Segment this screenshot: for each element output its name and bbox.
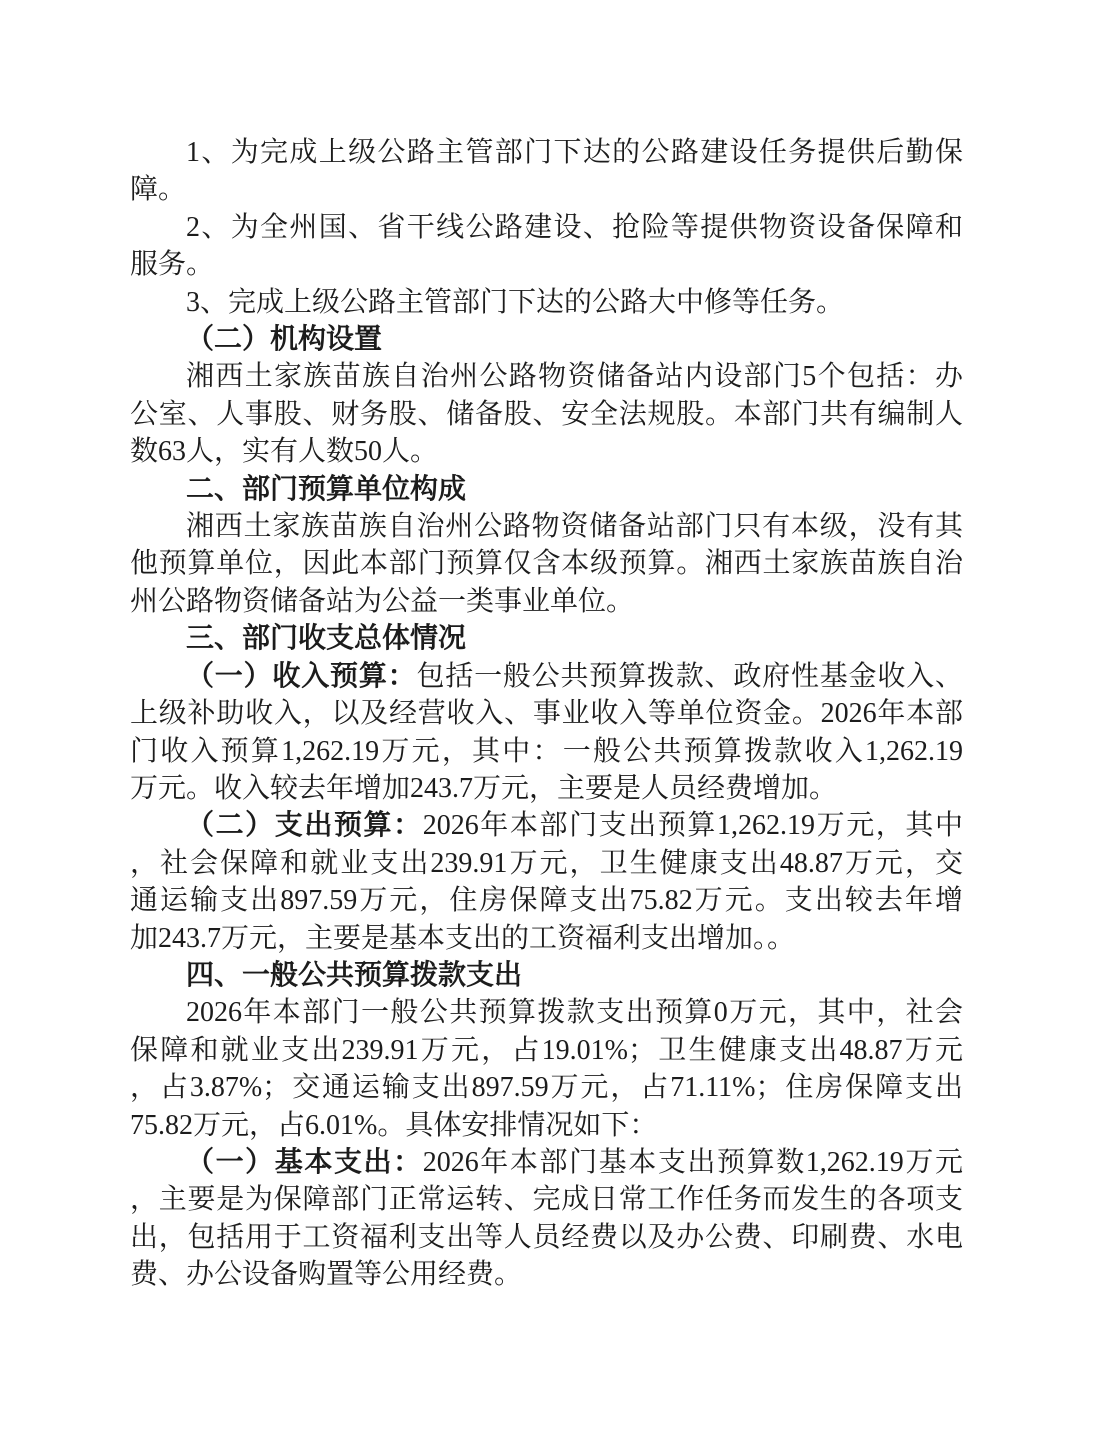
- text-run: 3、完成上级公路主管部门下达的公路大中修等任务。: [186, 287, 844, 318]
- text-line: 服务。: [130, 246, 963, 283]
- text-line: 万元。收入较去年增加243.7万元，主要是人员经费增加。: [130, 770, 963, 807]
- text-line: （二）支出预算：2026年本部门支出预算1,262.19万元，其中: [130, 807, 963, 844]
- text-run: 2026年本部门基本支出预算数1,262.19万元: [423, 1147, 963, 1178]
- text-run: 出，包括用于工资福利支出等人员经费以及办公费、印刷费、水电: [130, 1222, 963, 1253]
- text-line: 他预算单位，因此本部门预算仅含本级预算。湘西土家族苗族自治: [130, 545, 963, 582]
- paragraph-task-item-1: 1、为完成上级公路主管部门下达的公路建设任务提供后勤保障。: [130, 134, 963, 209]
- text-line: ，主要是为保障部门正常运转、完成日常工作任务而发生的各项支: [130, 1181, 963, 1218]
- text-line: 75.82万元，占6.01%。具体安排情况如下：: [130, 1107, 963, 1144]
- text-line: （一）收入预算：包括一般公共预算拨款、政府性基金收入、: [130, 658, 963, 695]
- document-body: 1、为完成上级公路主管部门下达的公路建设任务提供后勤保障。2、为全州国、省干线公…: [130, 134, 963, 1294]
- text-run: 加243.7万元，主要是基本支出的工资福利支出增加。。: [130, 923, 795, 954]
- text-line: 障。: [130, 171, 963, 208]
- text-line: 三、部门收支总体情况: [130, 620, 963, 657]
- text-run: 湘西土家族苗族自治州公路物资储备站部门只有本级，没有其: [186, 511, 963, 542]
- text-line: ，社会保障和就业支出239.91万元，卫生健康支出48.87万元，交: [130, 845, 963, 882]
- text-run: 2026年本部门一般公共预算拨款支出预算0万元，其中，社会: [186, 997, 963, 1028]
- bold-text-run: （二）支出预算：: [186, 810, 423, 841]
- text-line: 保障和就业支出239.91万元，占19.01%；卫生健康支出48.87万元: [130, 1032, 963, 1069]
- text-line: 公室、人事股、财务股、储备股、安全法规股。本部门共有编制人: [130, 396, 963, 433]
- text-line: 四、一般公共预算拨款支出: [130, 957, 963, 994]
- section-heading-heading-revenue-expenditure-overview: 三、部门收支总体情况: [130, 620, 963, 657]
- text-run: （二）机构设置: [186, 324, 382, 355]
- text-line: 湘西土家族苗族自治州公路物资储备站内设部门5个包括：办: [130, 358, 963, 395]
- text-run: 75.82万元，占6.01%。具体安排情况如下：: [130, 1110, 657, 1141]
- text-run: 1、为完成上级公路主管部门下达的公路建设任务提供后勤保: [186, 137, 963, 168]
- text-line: 二、部门预算单位构成: [130, 471, 963, 508]
- paragraph-task-item-2: 2、为全州国、省干线公路建设、抢险等提供物资设备保障和服务。: [130, 209, 963, 284]
- text-run: ，占3.87%；交通运输支出897.59万元，占71.11%；住房保障支出: [130, 1072, 963, 1103]
- text-line: 通运输支出897.59万元，住房保障支出75.82万元。支出较去年增: [130, 882, 963, 919]
- section-heading-heading-organization-setup: （二）机构设置: [130, 321, 963, 358]
- text-line: 3、完成上级公路主管部门下达的公路大中修等任务。: [130, 284, 963, 321]
- text-run: ，社会保障和就业支出239.91万元，卫生健康支出48.87万元，交: [130, 848, 963, 879]
- text-run: 州公路物资储备站为公益一类事业单位。: [130, 586, 634, 617]
- text-line: 1、为完成上级公路主管部门下达的公路建设任务提供后勤保: [130, 134, 963, 171]
- text-run: 2026年本部门支出预算1,262.19万元，其中: [423, 810, 963, 841]
- text-run: 包括一般公共预算拨款、政府性基金收入、: [416, 661, 963, 692]
- text-run: 数63人，实有人数50人。: [130, 436, 438, 467]
- text-line: 门收入预算1,262.19万元，其中：一般公共预算拨款收入1,262.19: [130, 733, 963, 770]
- paragraph-basic-expenditure-paragraph: （一）基本支出：2026年本部门基本支出预算数1,262.19万元，主要是为保障…: [130, 1144, 963, 1294]
- text-run: 四、一般公共预算拨款支出: [186, 960, 522, 991]
- text-run: 上级补助收入，以及经营收入、事业收入等单位资金。2026年本部: [130, 698, 963, 729]
- paragraph-task-item-3: 3、完成上级公路主管部门下达的公路大中修等任务。: [130, 284, 963, 321]
- text-run: 公室、人事股、财务股、储备股、安全法规股。本部门共有编制人: [130, 399, 963, 430]
- text-run: 万元。收入较去年增加243.7万元，主要是人员经费增加。: [130, 773, 837, 804]
- text-line: 2026年本部门一般公共预算拨款支出预算0万元，其中，社会: [130, 994, 963, 1031]
- text-run: 保障和就业支出239.91万元，占19.01%；卫生健康支出48.87万元: [130, 1035, 963, 1066]
- text-run: 障。: [130, 174, 186, 205]
- section-heading-heading-general-public-budget-expenditure: 四、一般公共预算拨款支出: [130, 957, 963, 994]
- text-line: 费、办公设备购置等公用经费。: [130, 1256, 963, 1293]
- section-heading-heading-budget-unit-composition: 二、部门预算单位构成: [130, 471, 963, 508]
- text-run: 费、办公设备购置等公用经费。: [130, 1259, 522, 1290]
- text-run: 三、部门收支总体情况: [186, 623, 466, 654]
- text-run: 通运输支出897.59万元，住房保障支出75.82万元。支出较去年增: [130, 885, 963, 916]
- text-line: ，占3.87%；交通运输支出897.59万元，占71.11%；住房保障支出: [130, 1069, 963, 1106]
- text-line: 数63人，实有人数50人。: [130, 433, 963, 470]
- text-line: 加243.7万元，主要是基本支出的工资福利支出增加。。: [130, 920, 963, 957]
- text-line: 2、为全州国、省干线公路建设、抢险等提供物资设备保障和: [130, 209, 963, 246]
- document-page: 1、为完成上级公路主管部门下达的公路建设任务提供后勤保障。2、为全州国、省干线公…: [0, 0, 1105, 1430]
- bold-text-run: （一）收入预算：: [186, 661, 416, 692]
- text-line: （一）基本支出：2026年本部门基本支出预算数1,262.19万元: [130, 1144, 963, 1181]
- text-line: 州公路物资储备站为公益一类事业单位。: [130, 583, 963, 620]
- text-run: 他预算单位，因此本部门预算仅含本级预算。湘西土家族苗族自治: [130, 548, 963, 579]
- paragraph-organization-setup-paragraph: 湘西土家族苗族自治州公路物资储备站内设部门5个包括：办公室、人事股、财务股、储备…: [130, 358, 963, 470]
- paragraph-expenditure-budget-paragraph: （二）支出预算：2026年本部门支出预算1,262.19万元，其中，社会保障和就…: [130, 807, 963, 957]
- text-line: 出，包括用于工资福利支出等人员经费以及办公费、印刷费、水电: [130, 1219, 963, 1256]
- text-run: 湘西土家族苗族自治州公路物资储备站内设部门5个包括：办: [186, 361, 963, 392]
- text-line: （二）机构设置: [130, 321, 963, 358]
- text-run: 服务。: [130, 249, 214, 280]
- text-line: 上级补助收入，以及经营收入、事业收入等单位资金。2026年本部: [130, 695, 963, 732]
- paragraph-revenue-budget-paragraph: （一）收入预算：包括一般公共预算拨款、政府性基金收入、上级补助收入，以及经营收入…: [130, 658, 963, 808]
- text-run: ，主要是为保障部门正常运转、完成日常工作任务而发生的各项支: [130, 1184, 963, 1215]
- text-line: 湘西土家族苗族自治州公路物资储备站部门只有本级，没有其: [130, 508, 963, 545]
- text-run: 二、部门预算单位构成: [186, 474, 466, 505]
- text-run: 2、为全州国、省干线公路建设、抢险等提供物资设备保障和: [186, 212, 963, 243]
- text-run: 门收入预算1,262.19万元，其中：一般公共预算拨款收入1,262.19: [130, 736, 963, 767]
- paragraph-budget-unit-composition-paragraph: 湘西土家族苗族自治州公路物资储备站部门只有本级，没有其他预算单位，因此本部门预算…: [130, 508, 963, 620]
- paragraph-general-public-budget-expenditure-paragraph: 2026年本部门一般公共预算拨款支出预算0万元，其中，社会保障和就业支出239.…: [130, 994, 963, 1144]
- bold-text-run: （一）基本支出：: [186, 1147, 423, 1178]
